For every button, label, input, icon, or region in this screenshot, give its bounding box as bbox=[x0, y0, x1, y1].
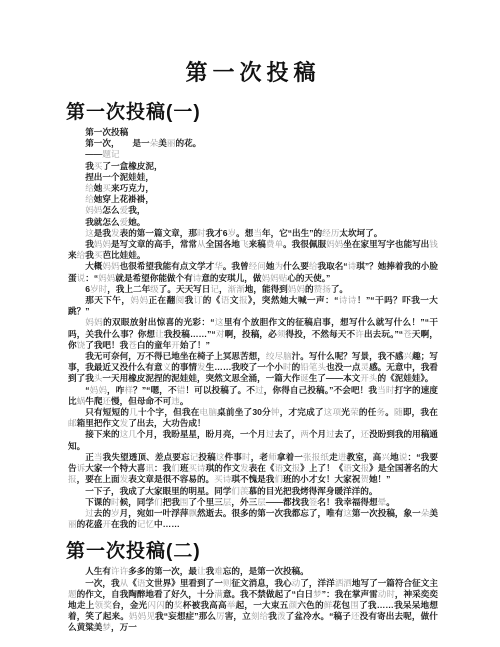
paragraph: 那天下午，妈妈正在翻阅我订的《语文报》，突然她大喊一声：“诗诗！”“干吗？吓我一… bbox=[68, 295, 438, 317]
section-1-heading: 第一次投稿(一) bbox=[66, 97, 438, 124]
poem-line: 妈妈怎么爱我， bbox=[68, 205, 438, 216]
poem-line: 捏出一个泥娃娃， bbox=[68, 172, 438, 183]
section-2-body: 人生有许许多多的第一次，最让我难忘的，是第一次投稿。一次，我从《语文世界》里看到… bbox=[68, 566, 438, 633]
paragraph: 一次，我从《语文世界》里看到了一则征文消息，我心动了，洋洋洒洒地写了一篇符合征文… bbox=[68, 578, 438, 634]
document-page: 第一次投稿 第一次投稿(一) 第一次投稿第一次， 是一朵美丽的花。——题记我买了… bbox=[0, 0, 500, 647]
poem-line: 我就怎么爱她。 bbox=[68, 217, 438, 228]
poem-line: 给她买来巧克力， bbox=[68, 183, 438, 194]
paragraph: 6岁时，我上二年级了。天天写日记，渐渐地，能得到妈妈的赞扬了。 bbox=[68, 284, 438, 295]
paragraph: 一下子，我成了大家眼里的明星。同学们羡慕的目光把我烤得浑身暖洋洋的。 bbox=[68, 486, 438, 497]
paragraph: 过去的岁月，宛如一叶浮萍飘然逝去。很多的第一次我都忘了，唯有这第一次投稿，象一朵… bbox=[68, 508, 438, 530]
paragraph: 正当我失望透顶、差点要忘记投稿这件事时，老师拿着一张报纸走进教室，高兴地说：“我… bbox=[68, 452, 438, 486]
section-1: 第一次投稿(一) 第一次投稿第一次， 是一朵美丽的花。——题记我买了一盒橡皮泥，… bbox=[68, 97, 438, 530]
paragraph: 人生有许许多多的第一次，最让我难忘的，是第一次投稿。 bbox=[68, 566, 438, 577]
poem-line: 我买了一盒橡皮泥， bbox=[68, 161, 438, 172]
poem-line: ——题记 bbox=[68, 149, 438, 160]
paragraph: 我妈妈是写文章的高手，常常从全国各地飞来稿费单。我很佩服妈妈坐在家里写字也能写出… bbox=[68, 239, 438, 261]
paragraph: 这是我发表的第一篇文章，那时我才6岁。想当年，它“出生”的经历太坎坷了。 bbox=[68, 228, 438, 239]
page-title: 第一次投稿 bbox=[68, 56, 438, 87]
paragraph: 妈妈的双眼放射出惊喜的光彩：“这里有个放胆作文的征稿启事，想写什么就写什么！”“… bbox=[68, 317, 438, 351]
paragraph: 下课的时候，同学们把我围了个里三层，外三层——都找我签名！我幸福得想晕。 bbox=[68, 497, 438, 508]
section-2: 第一次投稿(二) 人生有许许多多的第一次，最让我难忘的，是第一次投稿。一次，我从… bbox=[68, 536, 438, 633]
paragraph: 只有短短的几十个字，但我在电脑桌前坐了30分钟，才完成了这项光荣的任务。随即，我… bbox=[68, 407, 438, 429]
paragraph: 接下来的这几个月，我盼星星，盼月亮，一个月过去了，两个月过去了，还没盼到我的用稿… bbox=[68, 429, 438, 451]
poem-line: 第一次， 是一朵美丽的花。 bbox=[68, 138, 438, 149]
poem-line: 第一次投稿 bbox=[68, 127, 438, 138]
paragraph: “妈妈，咋样？”“嗯，不错！可以投稿了。不过，你得自己投稿。”不会吧！我当时打字… bbox=[68, 385, 438, 407]
poem-line: 给她穿上花褂褂， bbox=[68, 194, 438, 205]
paragraph: 我无可奈何，万不得已地坐在椅子上冥思苦想，绞尽脑汁。写什么呢？写景，我不感兴趣；… bbox=[68, 351, 438, 385]
section-1-body: 第一次投稿第一次， 是一朵美丽的花。——题记我买了一盒橡皮泥，捏出一个泥娃娃，给… bbox=[68, 127, 438, 530]
section-2-heading: 第一次投稿(二) bbox=[66, 536, 438, 563]
paragraph: 大概妈妈也很希望我能有点文学才华。我曾经问她为什么要给我取名“诗琪”？她捧着我的… bbox=[68, 261, 438, 283]
